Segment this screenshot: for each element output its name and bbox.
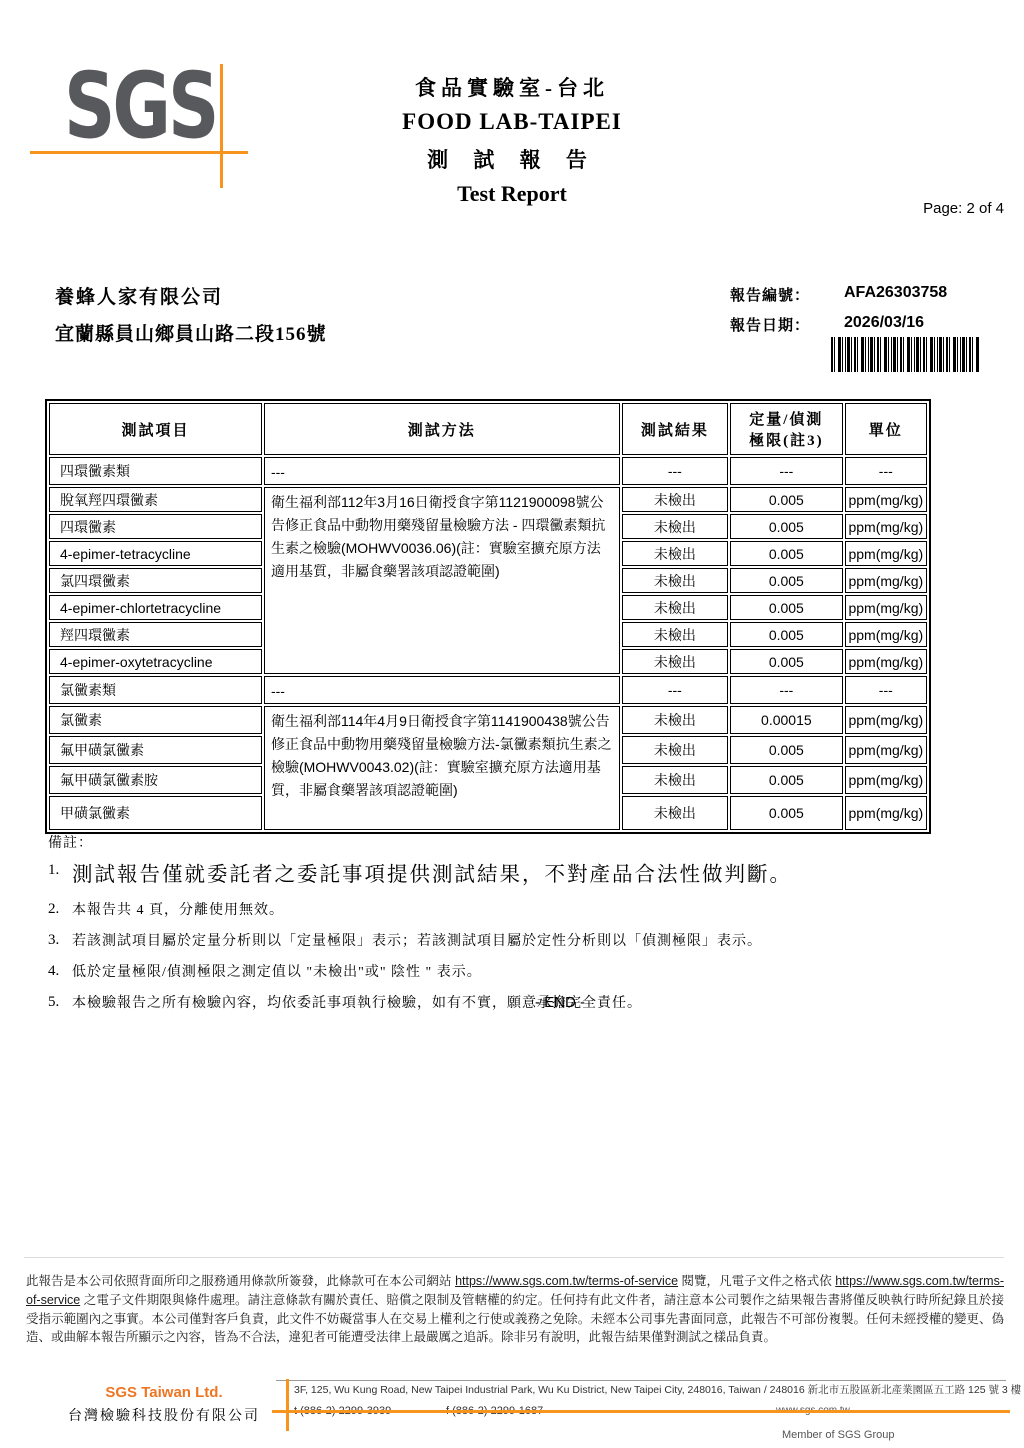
footer-company-block: SGS Taiwan Ltd. 台灣檢驗科技股份有限公司: [58, 1384, 270, 1425]
client-name: 養蜂人家有限公司: [55, 282, 327, 309]
item-cell: 4-epimer-tetracycline: [49, 541, 262, 566]
report-meta-block: 報告編號： AFA26303758 報告日期： 2026/03/16: [730, 284, 1016, 344]
note-text: 低於定量極限/偵測極限之測定值以 "未檢出"或" 陰性 " 表示。: [72, 963, 482, 982]
report-no-value: AFA26303758: [844, 284, 947, 305]
limit-cell: 0.005: [730, 487, 843, 512]
footer-orange-horizontal-line: [272, 1410, 1010, 1413]
result-cell: 未檢出: [622, 796, 728, 830]
footer-gray-line: [276, 1380, 1006, 1381]
note-number: 3.: [48, 932, 72, 949]
result-cell: 未檢出: [622, 736, 728, 764]
item-cell: 脫氧羥四環黴素: [49, 487, 262, 512]
result-cell: 未檢出: [622, 622, 728, 647]
footer-separator-line: [24, 1257, 1004, 1258]
notes-block: 備註： 1. 測試報告僅就委託者之委託事項提供測試結果，不對產品合法性做判斷。 …: [48, 832, 993, 1013]
method-cell: 衛生福利部114年4月9日衛授食字第1141900438號公告修正食品中動物用藥…: [264, 706, 620, 830]
company-name-en: SGS Taiwan Ltd.: [58, 1384, 270, 1401]
note-text: 測試報告僅就委託者之委託事項提供測試結果，不對產品合法性做判斷。: [72, 862, 792, 889]
result-cell: 未檢出: [622, 487, 728, 512]
col-header-result: 測試結果: [622, 403, 728, 455]
report-title-zh: 測 試 報 告: [262, 144, 762, 174]
limit-cell: 0.005: [730, 568, 843, 593]
page-number: Page: 2 of 4: [923, 200, 1004, 217]
result-cell: 未檢出: [622, 514, 728, 539]
terms-of-service-link[interactable]: https://www.sgs.com.tw/terms-of-service: [455, 1274, 678, 1288]
legal-text: 此報告是本公司依照背面所印之服務通用條款所簽發，此條款可在本公司網站: [26, 1274, 455, 1288]
legal-disclaimer: 此報告是本公司依照背面所印之服務通用條款所簽發，此條款可在本公司網站 https…: [26, 1272, 1004, 1347]
limit-cell: ---: [730, 676, 843, 704]
limit-cell: 0.00015: [730, 706, 843, 734]
lab-title-en: FOOD LAB-TAIPEI: [262, 109, 762, 135]
result-cell: 未檢出: [622, 649, 728, 674]
item-cell: 四環黴素: [49, 514, 262, 539]
item-cell: 氯黴素類: [49, 676, 262, 704]
unit-cell: ppm(mg/kg): [845, 595, 927, 620]
unit-cell: ppm(mg/kg): [845, 649, 927, 674]
unit-cell: ppm(mg/kg): [845, 766, 927, 794]
method-cell: ---: [264, 676, 620, 704]
note-text: 若該測試項目屬於定量分析則以「定量極限」表示；若該測試項目屬於定性分析則以「偵測…: [72, 932, 762, 951]
note-number: 5.: [48, 994, 72, 1011]
item-cell: 4-epimer-chlortetracycline: [49, 595, 262, 620]
item-cell: 四環黴素類: [49, 457, 262, 485]
table-row: 氯黴素 衛生福利部114年4月9日衛授食字第1141900438號公告修正食品中…: [49, 706, 927, 734]
col-header-item: 測試項目: [49, 403, 262, 455]
item-cell: 4-epimer-oxytetracycline: [49, 649, 262, 674]
note-item: 4. 低於定量極限/偵測極限之測定值以 "未檢出"或" 陰性 " 表示。: [48, 963, 993, 982]
legal-text: 之電子文件期限與條件處理。請注意條款有關於責任、賠償之限制及管轄權的約定。任何持…: [26, 1293, 1004, 1345]
unit-cell: ppm(mg/kg): [845, 541, 927, 566]
method-cell: ---: [264, 457, 620, 485]
table-row: 脫氧羥四環黴素 衛生福利部112年3月16日衛授食字第1121900098號公告…: [49, 487, 927, 512]
report-no-label: 報告編號：: [730, 284, 844, 305]
note-number: 1.: [48, 862, 72, 879]
logo-orange-vertical-line: [220, 64, 223, 188]
client-address: 宜蘭縣員山鄉員山路二段156號: [55, 319, 327, 346]
item-cell: 羥四環黴素: [49, 622, 262, 647]
unit-cell: ppm(mg/kg): [845, 622, 927, 647]
unit-cell: ---: [845, 457, 927, 485]
end-marker: - END -: [96, 994, 1024, 1011]
sgs-logo: SGS: [64, 64, 216, 149]
limit-cell: 0.005: [730, 622, 843, 647]
unit-cell: ppm(mg/kg): [845, 568, 927, 593]
footer-orange-vertical-line: [286, 1379, 289, 1431]
col-header-limit: 定量/偵測 極限(註3): [730, 403, 843, 455]
lab-title-zh: 食品實驗室-台北: [262, 72, 762, 102]
member-of-sgs-group: Member of SGS Group: [782, 1429, 895, 1441]
report-title-en: Test Report: [262, 181, 762, 207]
limit-cell: 0.005: [730, 649, 843, 674]
table-row: 四環黴素類 --- --- --- ---: [49, 457, 927, 485]
table-row: 氯黴素類 --- --- --- ---: [49, 676, 927, 704]
item-cell: 氯四環黴素: [49, 568, 262, 593]
item-cell: 氟甲磺氯黴素胺: [49, 766, 262, 794]
result-cell: 未檢出: [622, 541, 728, 566]
client-block: 養蜂人家有限公司 宜蘭縣員山鄉員山路二段156號: [55, 282, 327, 346]
footer-contact-block: 3F, 125, Wu Kung Road, New Taipei Indust…: [294, 1382, 1008, 1419]
unit-cell: ppm(mg/kg): [845, 514, 927, 539]
limit-cell: 0.005: [730, 595, 843, 620]
result-cell: 未檢出: [622, 568, 728, 593]
company-address: 3F, 125, Wu Kung Road, New Taipei Indust…: [294, 1382, 1008, 1397]
limit-cell: 0.005: [730, 736, 843, 764]
report-title-block: 食品實驗室-台北 FOOD LAB-TAIPEI 測 試 報 告 Test Re…: [262, 72, 762, 207]
unit-cell: ppm(mg/kg): [845, 487, 927, 512]
limit-cell: 0.005: [730, 796, 843, 830]
legal-text: 閱覽，凡電子文件之格式依: [678, 1274, 835, 1288]
limit-cell: 0.005: [730, 766, 843, 794]
note-number: 4.: [48, 963, 72, 980]
report-date-value: 2026/03/16: [844, 314, 924, 335]
result-cell: ---: [622, 676, 728, 704]
logo-orange-horizontal-line: [30, 151, 248, 154]
notes-label: 備註：: [48, 832, 993, 852]
limit-cell: 0.005: [730, 514, 843, 539]
report-date-label: 報告日期：: [730, 314, 844, 335]
note-item: 1. 測試報告僅就委託者之委託事項提供測試結果，不對產品合法性做判斷。: [48, 862, 993, 889]
col-header-unit: 單位: [845, 403, 927, 455]
item-cell: 氯黴素: [49, 706, 262, 734]
unit-cell: ---: [845, 676, 927, 704]
method-cell: 衛生福利部112年3月16日衛授食字第1121900098號公告修正食品中動物用…: [264, 487, 620, 674]
note-text: 本報告共 4 頁，分離使用無效。: [72, 901, 284, 920]
result-cell: ---: [622, 457, 728, 485]
note-item: 3. 若該測試項目屬於定量分析則以「定量極限」表示；若該測試項目屬於定性分析則以…: [48, 932, 993, 951]
result-cell: 未檢出: [622, 595, 728, 620]
limit-cell: 0.005: [730, 541, 843, 566]
test-report-page: SGS 食品實驗室-台北 FOOD LAB-TAIPEI 測 試 報 告 Tes…: [0, 0, 1024, 1448]
col-header-method: 測試方法: [264, 403, 620, 455]
unit-cell: ppm(mg/kg): [845, 796, 927, 830]
result-cell: 未檢出: [622, 706, 728, 734]
item-cell: 氟甲磺氯黴素: [49, 736, 262, 764]
unit-cell: ppm(mg/kg): [845, 736, 927, 764]
limit-cell: ---: [730, 457, 843, 485]
unit-cell: ppm(mg/kg): [845, 706, 927, 734]
result-cell: 未檢出: [622, 766, 728, 794]
note-item: 2. 本報告共 4 頁，分離使用無效。: [48, 901, 993, 920]
item-cell: 甲磺氯黴素: [49, 796, 262, 830]
results-table: 測試項目 測試方法 測試結果 定量/偵測 極限(註3) 單位 四環黴素類 ---…: [45, 399, 931, 834]
company-name-zh: 台灣檢驗科技股份有限公司: [58, 1405, 270, 1425]
note-number: 2.: [48, 901, 72, 918]
barcode: [831, 337, 980, 372]
